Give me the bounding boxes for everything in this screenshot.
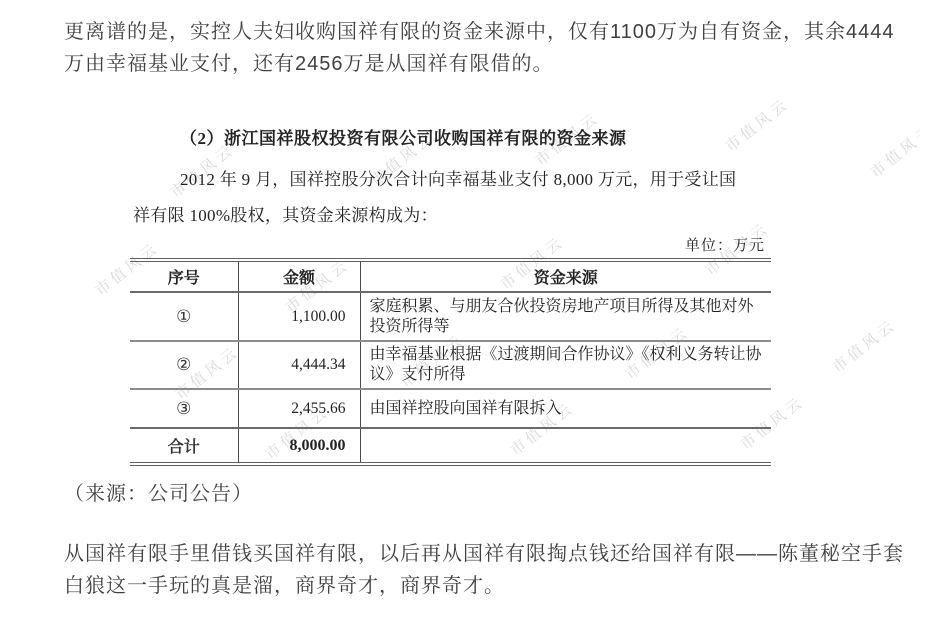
table-total-row: 合计 8,000.00 — [130, 428, 771, 464]
seq-cell: ③ — [130, 389, 238, 428]
watermark-text: 市值风云 — [721, 100, 794, 156]
amount-cell: 1,100.00 — [238, 292, 360, 341]
closing-paragraph: 从国祥有限手里借钱买国祥有限，以后再从国祥有限掏点钱还给国祥有限——陈董秘空手套… — [64, 538, 918, 602]
announcement-screenshot: 市值风云 市值风云 市值风云 市值风云 市值风云 市值风云 市值风云 市值风云 … — [64, 100, 920, 466]
total-amount-cell: 8,000.00 — [238, 428, 360, 464]
table-row: ② 4,444.34 由幸福基业根据《过渡期间合作协议》《权利义务转让协议》支付… — [130, 341, 771, 389]
total-label-cell: 合计 — [130, 428, 238, 464]
column-header-amount: 金额 — [238, 260, 360, 292]
amount-cell: 4,444.34 — [238, 341, 360, 389]
source-cell: 由幸福基业根据《过渡期间合作协议》《权利义务转让协议》支付所得 — [360, 341, 771, 389]
total-source-cell — [360, 428, 771, 464]
table-row: ① 1,100.00 家庭积累、与朋友合伙投资房地产项目所得及其他对外投资所得等 — [130, 292, 771, 341]
source-note: （来源：公司公告） — [64, 478, 918, 510]
table-header-row: 序号 金额 资金来源 — [130, 260, 771, 292]
article-page: 更离谱的是，实控人夫妇收购国祥有限的资金来源中，仅有1100万为自有资金，其余4… — [0, 0, 928, 625]
watermark-text: 市值风云 — [828, 314, 901, 377]
intro-paragraph-line-2: 万由幸福基业支付，还有2456万是从国祥有限借的。 — [64, 48, 918, 80]
intro-paragraph-line-1: 更离谱的是，实控人夫妇收购国祥有限的资金来源中，仅有1100万为自有资金，其余4… — [64, 16, 918, 48]
table-row: ③ 2,455.66 由国祥控股向国祥有限拆入 — [130, 389, 771, 428]
closing-paragraph-line-2: 白狼这一手玩的真是溜，商界奇才，商界奇才。 — [64, 570, 918, 602]
amount-cell: 2,455.66 — [238, 389, 360, 428]
seq-cell: ② — [130, 341, 238, 389]
closing-paragraph-line-1: 从国祥有限手里借钱买国祥有限，以后再从国祥有限掏点钱还给国祥有限——陈董秘空手套 — [64, 538, 918, 570]
doc-paragraph-line-1: 2012 年 9 月，国祥控股分次合计向幸福基业支付 8,000 万元，用于受让… — [133, 162, 783, 198]
doc-paragraph: 2012 年 9 月，国祥控股分次合计向幸福基业支付 8,000 万元，用于受让… — [133, 162, 783, 234]
column-header-source: 资金来源 — [360, 260, 771, 292]
funding-source-table: 序号 金额 资金来源 ① 1,100.00 家庭积累、与朋友合伙投资房地产项目所… — [130, 258, 771, 466]
column-header-seq: 序号 — [130, 260, 238, 292]
intro-paragraph: 更离谱的是，实控人夫妇收购国祥有限的资金来源中，仅有1100万为自有资金，其余4… — [64, 16, 918, 80]
unit-label: 单位：万元 — [130, 234, 765, 255]
seq-cell: ① — [130, 292, 238, 341]
source-cell: 家庭积累、与朋友合伙投资房地产项目所得及其他对外投资所得等 — [360, 292, 771, 341]
watermark-text: 市值风云 — [866, 119, 920, 182]
doc-paragraph-line-2: 祥有限 100%股权，其资金来源构成为： — [133, 198, 783, 234]
source-cell: 由国祥控股向国祥有限拆入 — [360, 389, 771, 428]
doc-section-title: （2）浙江国祥股权投资有限公司收购国祥有限的资金来源 — [180, 124, 627, 149]
